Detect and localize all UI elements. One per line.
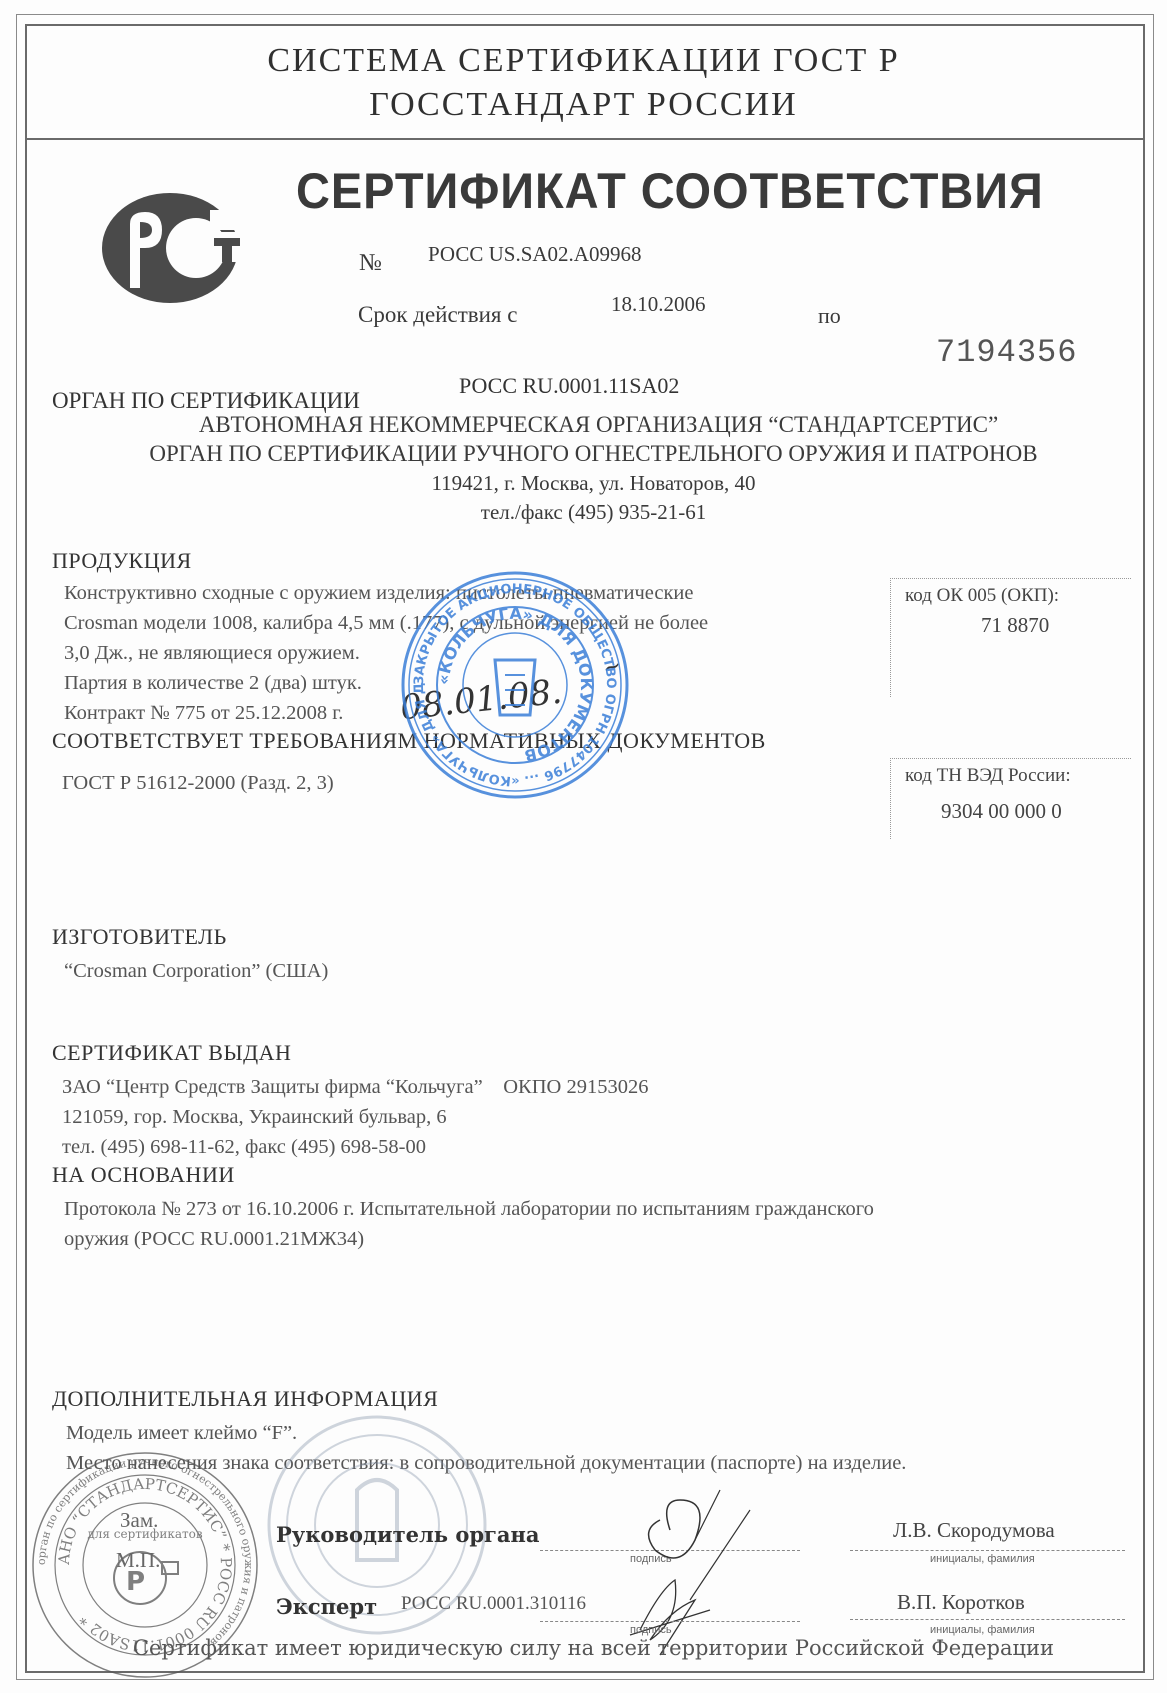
issued-to-line: тел. (495) 698-11-62, факс (495) 698-58-… [62,1132,648,1162]
seal-note: М.П. [116,1548,160,1573]
head-name: Л.В. Скородумова [893,1518,1055,1543]
tnved-label: код ТН ВЭД России: [905,765,1071,787]
rst-conformity-mark-icon [100,190,250,305]
deputy-note: Зам. [120,1508,158,1533]
tnved-code-box: код ТН ВЭД России: 9304 00 000 0 [890,758,1131,839]
header-divider [25,138,1143,140]
product-label: ПРОДУКЦИЯ [52,548,192,574]
expert-name-line [850,1619,1125,1620]
expert-name-caption: инициалы, фамилия [930,1624,1035,1636]
basis-line: Протокола № 273 от 16.10.2006 г. Испытат… [64,1194,874,1224]
issued-to-details: ЗАО “Центр Средств Защиты фирма “Кольчуг… [62,1072,648,1162]
certification-body-scope: ОРГАН ПО СЕРТИФИКАЦИИ РУЧНОГО ОГНЕСТРЕЛЬ… [0,441,1167,467]
certification-body-label: ОРГАН ПО СЕРТИФИКАЦИИ [52,388,360,414]
certification-body-phone: тел./факс (495) 935-21-61 [0,500,1167,525]
certification-body-address: 119421, г. Москва, ул. Новаторов, 40 [0,471,1167,496]
svg-text:«КОЛЬЧУГА» ДЛЯ ДОКУМЕНТОВ: «КОЛЬЧУГА» ДЛЯ ДОКУМЕНТОВ [434,604,596,765]
system-title: СИСТЕМА СЕРТИФИКАЦИИ ГОСТ Р [0,42,1167,80]
head-name-caption: инициалы, фамилия [930,1553,1035,1565]
expert-label: Эксперт [276,1594,377,1619]
basis-details: Протокола № 273 от 16.10.2006 г. Испытат… [64,1194,874,1254]
basis-line: оружия (РОСС RU.0001.21МЖ34) [64,1224,874,1254]
head-of-body-label: Руководитель органа [276,1522,539,1547]
expert-code: РОСС RU.0001.310116 [401,1593,586,1615]
valid-to-label: по [818,303,841,329]
system-subtitle: ГОССТАНДАРТ РОССИИ [0,86,1167,124]
tnved-value: 9304 00 000 0 [941,799,1062,824]
normative-document: ГОСТ Р 51612-2000 (Разд. 2, 3) [62,768,334,798]
validity-label: Срок действия с [358,302,517,328]
expert-signature-caption: подпись [630,1624,672,1636]
blank-serial-number: 7194356 [936,334,1077,371]
head-signature [600,1480,760,1660]
certificate-number: РОСС US.SA02.A09968 [428,242,641,267]
manufacturer-value: “Crosman Corporation” (США) [64,956,328,986]
company-round-stamp: ЗАКРЫТОЕ АКЦИОНЕРНОЕ ОБЩЕСТВО ОГРН 10477… [395,565,635,805]
number-sign: № [359,250,382,277]
additional-info-label: ДОПОЛНИТЕЛЬНАЯ ИНФОРМАЦИЯ [52,1386,438,1412]
issued-to-label: СЕРТИФИКАТ ВЫДАН [52,1040,291,1066]
head-name-line [850,1550,1125,1551]
basis-label: НА ОСНОВАНИИ [52,1162,235,1188]
expert-name: В.П. Коротков [897,1590,1025,1615]
okp-code-box: код ОК 005 (ОКП): 71 8870 [890,578,1131,697]
okp-label: код ОК 005 (ОКП): [905,585,1059,607]
issued-to-line: 121059, гор. Москва, Украинский бульвар,… [62,1102,648,1132]
okp-value: 71 8870 [981,613,1049,638]
issued-to-line: ЗАО “Центр Средств Защиты фирма “Кольчуг… [62,1072,648,1102]
certification-body-code: РОСС RU.0001.11SA02 [459,373,679,399]
manufacturer-label: ИЗГОТОВИТЕЛЬ [52,924,227,950]
expert-signature-line [540,1621,800,1622]
valid-from-date: 18.10.2006 [611,292,706,317]
certificate-title: СЕРТИФИКАТ СООТВЕТСТВИЯ [296,162,1044,220]
legal-force-statement: Сертификат имеет юридическую силу на все… [0,1636,1167,1660]
certification-body-name: АВТОНОМНАЯ НЕКОММЕРЧЕСКАЯ ОРГАНИЗАЦИЯ “С… [0,412,1167,438]
